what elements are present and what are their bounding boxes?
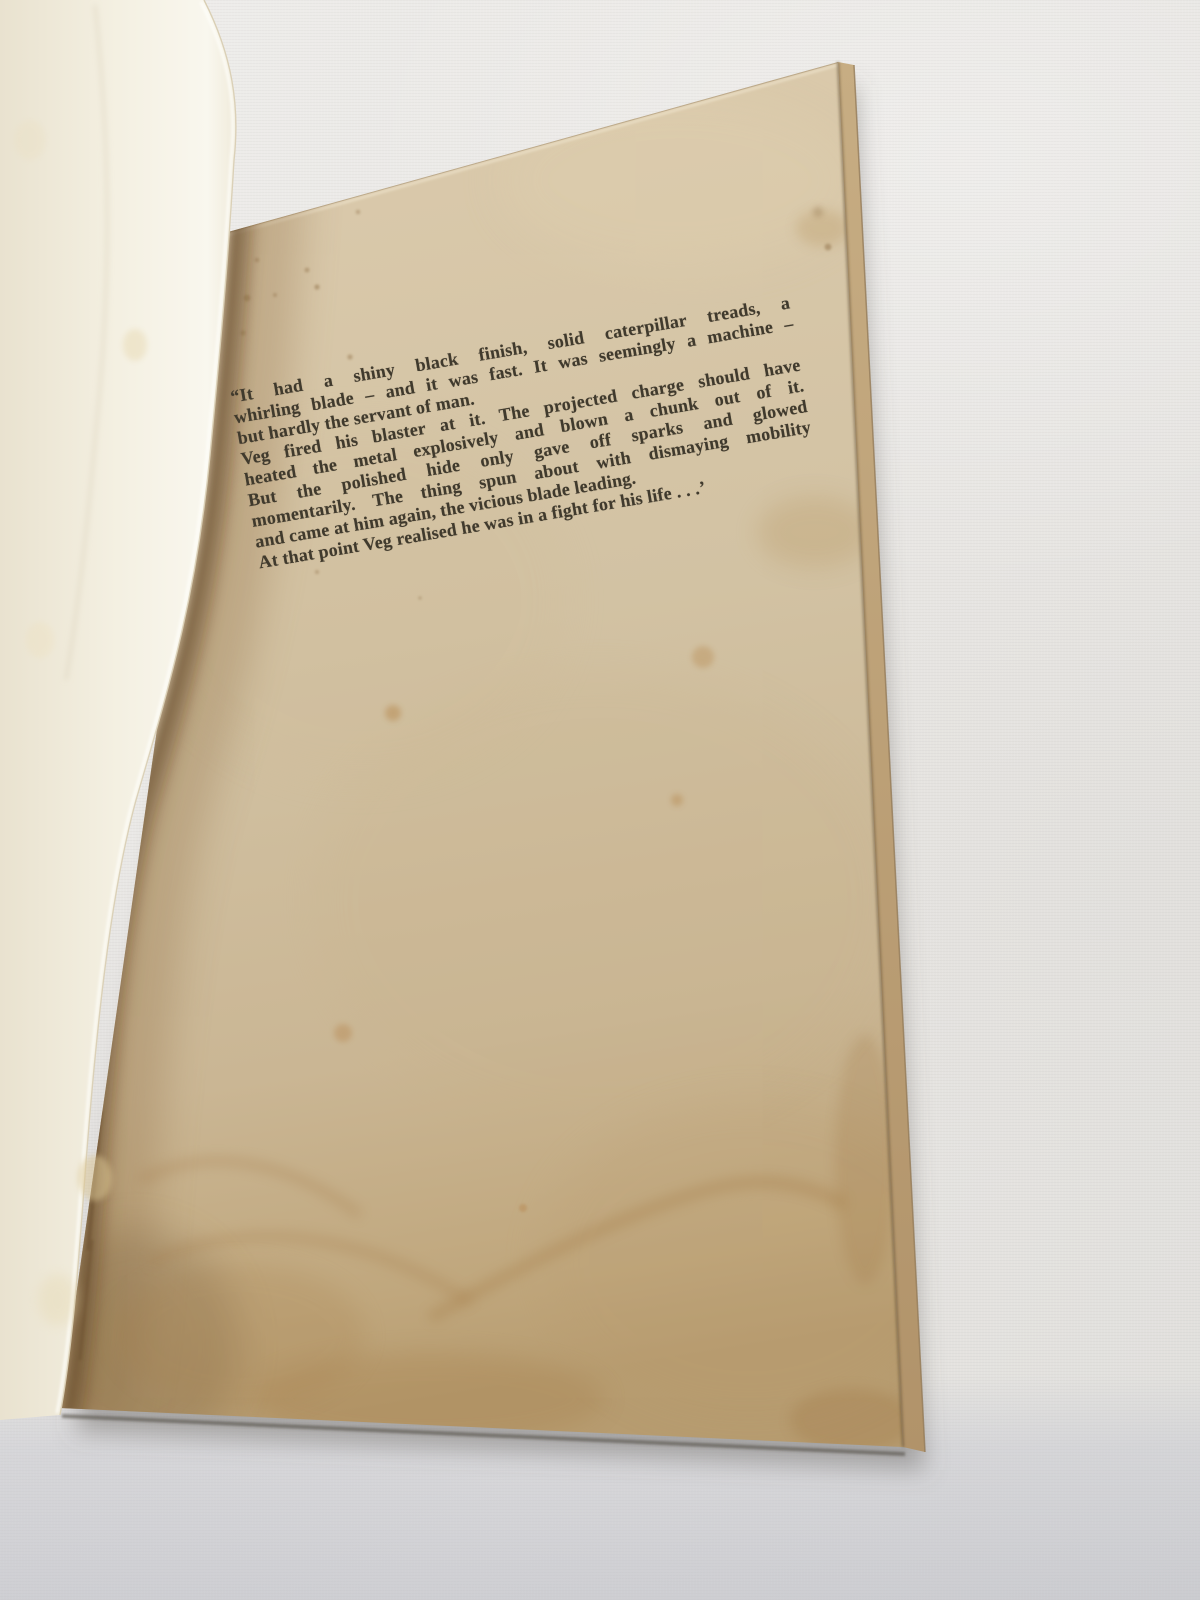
book-illustration	[0, 0, 1200, 1600]
book-photo-scene: “It had a shiny black finish, solid cate…	[0, 0, 1200, 1600]
